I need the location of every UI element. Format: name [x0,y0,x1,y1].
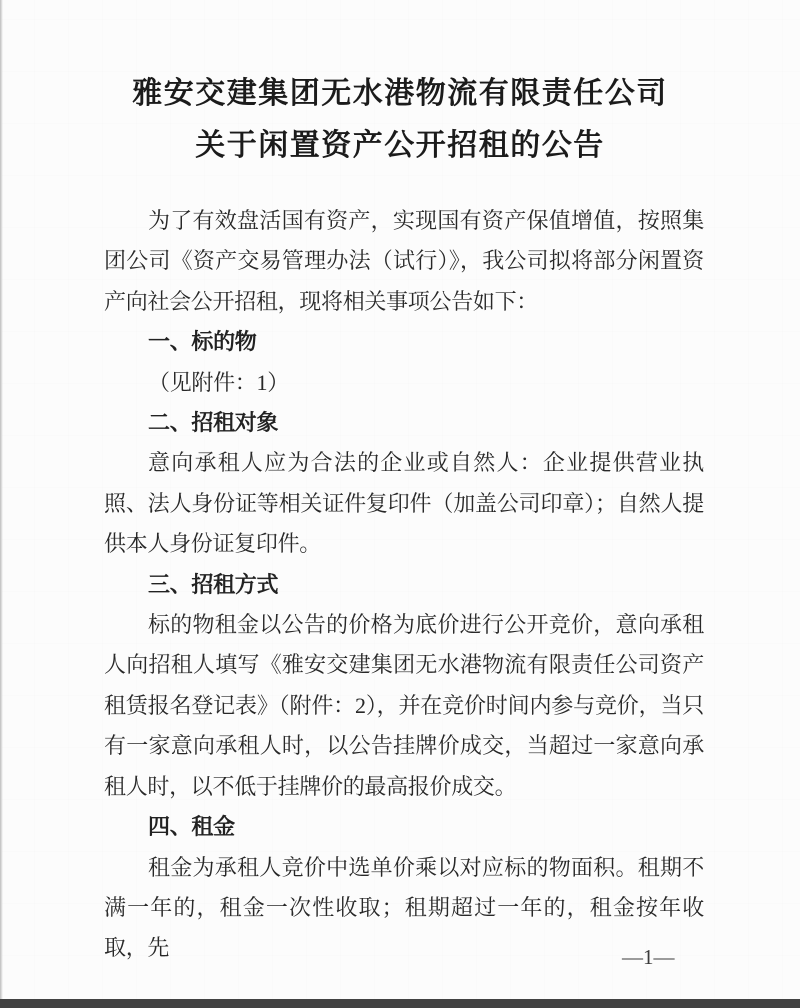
document-title-line-1: 雅安交建集团无水港物流有限责任公司 [0,68,800,120]
document-page: 雅安交建集团无水港物流有限责任公司 关于闲置资产公开招租的公告 为了有效盘活国有… [0,0,800,1008]
section-4-heading: 四、租金 [104,807,704,847]
section-1-heading: 一、标的物 [104,322,704,362]
document-title-line-2: 关于闲置资产公开招租的公告 [0,120,800,172]
section-3-heading: 三、招租方式 [104,565,704,605]
section-3-paragraph: 标的物租金以公告的价格为底价进行公开竞价，意向承租人向招租人填写《雅安交建集团无… [104,605,704,807]
section-4-paragraph: 租金为承租人竞价中选单价乘以对应标的物面积。租期不满一年的，租金一次性收取；租期… [104,848,704,969]
document-title: 雅安交建集团无水港物流有限责任公司 关于闲置资产公开招租的公告 [0,68,800,172]
section-1-attachment-note: （见附件：1） [104,363,704,403]
intro-paragraph: 为了有效盘活国有资产，实现国有资产保值增值，按照集团公司《资产交易管理办法（试行… [104,201,704,322]
left-scan-edge [0,0,3,1008]
section-2-heading: 二、招租对象 [104,403,704,443]
document-body: 为了有效盘活国有资产，实现国有资产保值增值，按照集团公司《资产交易管理办法（试行… [104,201,704,969]
bottom-scan-bar [0,999,800,1008]
page-number: —1— [622,944,675,970]
section-2-paragraph: 意向承租人应为合法的企业或自然人：企业提供营业执照、法人身份证等相关证件复印件（… [104,443,704,564]
